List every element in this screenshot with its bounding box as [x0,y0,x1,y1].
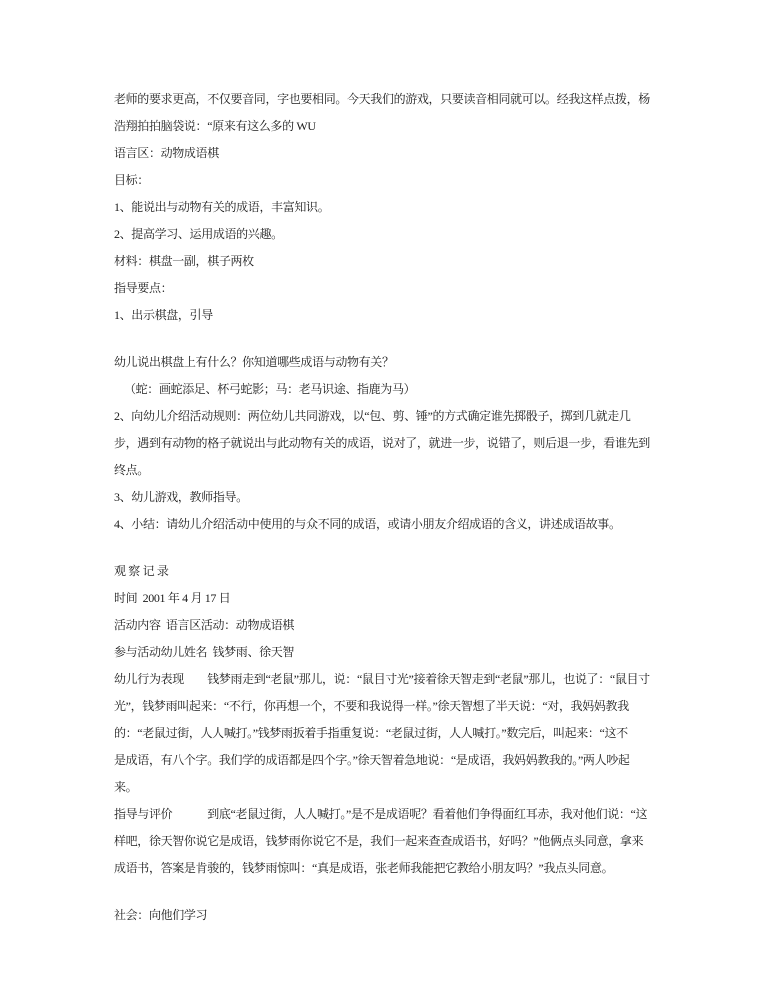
text-line: 时间 2001 年 4 月 17 日 [114,585,659,612]
text-line [114,329,659,349]
text-line: 1、出示棋盘，引导 [114,302,659,329]
document-page: 老师的要求更高，不仅要音同，字也要相同。今天我们的游戏，只要读音相同就可以。经我… [0,0,770,1000]
text-line: 老师的要求更高，不仅要音同，字也要相同。今天我们的游戏，只要读音相同就可以。经我… [114,86,659,113]
text-line: 幼儿行为表现 钱梦雨走到“老鼠”那儿，说：“鼠目寸光”接着徐天智走到“老鼠”那儿… [114,666,659,693]
text-line: 1、能说出与动物有关的成语，丰富知识。 [114,194,659,221]
text-line: 浩翔拍拍脑袋说：“原来有这么多的 WU [114,113,659,140]
text-line: 的：“老鼠过街，人人喊打。”钱梦雨扳着手指重复说：“老鼠过街，人人喊打。”数完后… [114,720,659,747]
text-line: （蛇：画蛇添足、杯弓蛇影；马：老马识途、指鹿为马） [114,376,659,403]
document-content: 老师的要求更高，不仅要音同，字也要相同。今天我们的游戏，只要读音相同就可以。经我… [114,86,659,929]
text-line: 2、提高学习、运用成语的兴趣。 [114,221,659,248]
text-line: 是成语，有八个字。我们学的成语都是四个字。”徐天智着急地说：“是成语，我妈妈教我… [114,747,659,774]
text-line: 步，遇到有动物的格子就说出与此动物有关的成语，说对了，就进一步，说错了，则后退一… [114,430,659,457]
text-line: 光”，钱梦雨叫起来：“不行，你再想一个，不要和我说得一样。”徐天智想了半天说：“… [114,693,659,720]
text-line: 语言区：动物成语棋 [114,140,659,167]
text-line [114,882,659,902]
text-line: 4、小结：请幼儿介绍活动中使用的与众不同的成语，或请小朋友介绍成语的含义，讲述成… [114,511,659,538]
text-line: 参与活动幼儿姓名 钱梦雨、徐天智 [114,639,659,666]
text-line: 终点。 [114,457,659,484]
text-line: 指导与评价 到底“老鼠过街，人人喊打。”是不是成语呢？看着他们争得面红耳赤，我对… [114,801,659,828]
text-line: 来。 [114,774,659,801]
text-line: 材料：棋盘一副，棋子两枚 [114,248,659,275]
text-line: 社会：向他们学习 [114,902,659,929]
text-line: 指导要点： [114,275,659,302]
text-line: 成语书，答案是肯骏的，钱梦雨惊叫：“真是成语，张老师我能把它教给小朋友吗？”我点… [114,855,659,882]
text-line: 幼儿说出棋盘上有什么？你知道哪些成语与动物有关？ [114,349,659,376]
text-line: 样吧，徐天智你说它是成语，钱梦雨你说它不是，我们一起来查查成语书，好吗？”他俩点… [114,828,659,855]
text-line: 活动内容 语言区活动：动物成语棋 [114,612,659,639]
text-line: 目标： [114,167,659,194]
text-line: 3、幼儿游戏，教师指导。 [114,484,659,511]
text-line: 观 察 记 录 [114,558,659,585]
text-line: 2、向幼儿介绍活动规则：两位幼儿共同游戏，以“包、剪、锤”的方式确定谁先掷骰子，… [114,403,659,430]
text-line [114,538,659,558]
